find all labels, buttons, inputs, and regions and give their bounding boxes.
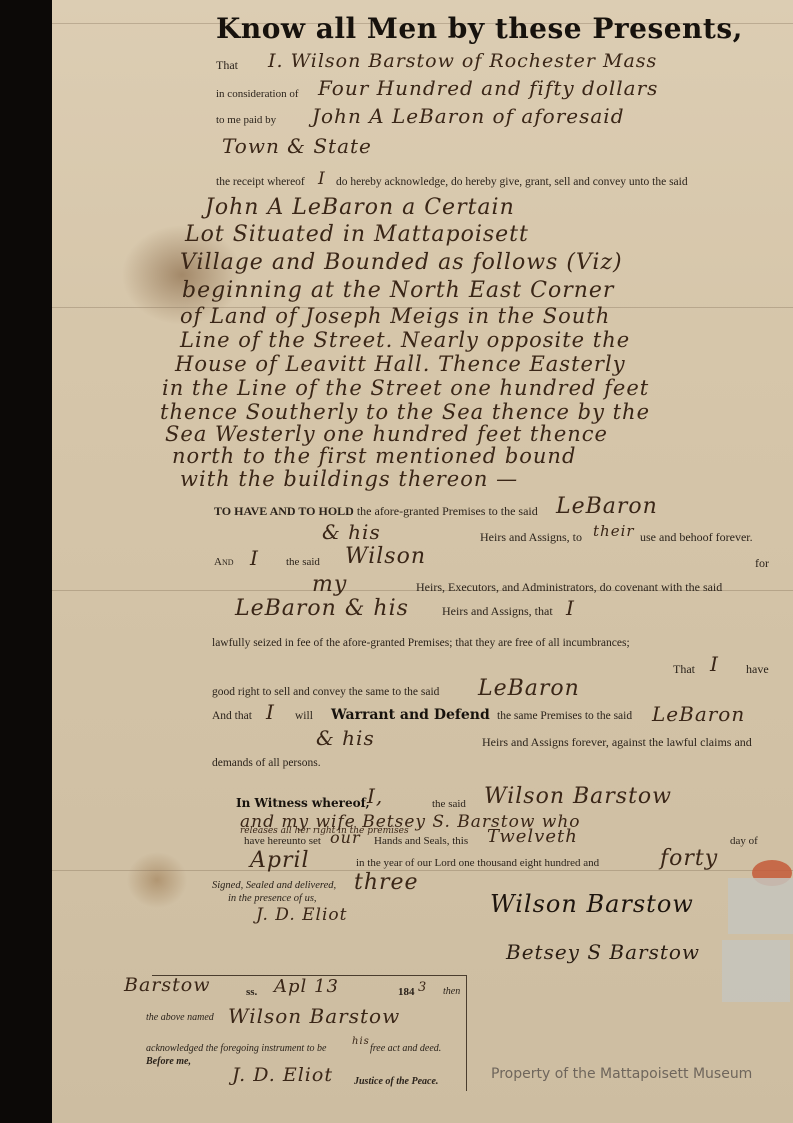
warrant-defend-heading: Warrant and Defend — [331, 707, 490, 723]
that-label: That — [216, 58, 238, 73]
witness-said-label: the said — [432, 798, 466, 810]
before-label: Before me, — [146, 1056, 191, 1067]
ack-year-print: 184 — [398, 986, 415, 998]
forever-text: Heirs and Assigns forever, against the l… — [482, 735, 752, 750]
justice-label: Justice of the Peace. — [354, 1076, 438, 1087]
receipt-post: do hereby acknowledge, do hereby give, g… — [336, 176, 688, 188]
description-line: John A LeBaron a Certain — [205, 195, 515, 220]
hands-label: Hands and Seals, this — [374, 835, 468, 847]
ack-text-pre: acknowledged the foregoing instrument to… — [146, 1043, 326, 1054]
description-line: Sea Westerly one hundred feet thence — [165, 422, 608, 446]
year-hand-cont: three — [354, 870, 419, 895]
habendum-label: TO HAVE AND TO HOLD the afore-granted Pr… — [214, 504, 538, 519]
heirs-assigns-text: Heirs and Assigns, that — [442, 604, 553, 619]
wife-signature: Betsey S Barstow — [506, 940, 700, 964]
hereunto-label: have hereunto set — [244, 835, 321, 847]
and-label: And — [214, 556, 234, 568]
ack-year-hand: 3 — [418, 980, 427, 995]
description-line: Village and Bounded as follows (Viz) — [180, 250, 623, 275]
name-hand: Wilson — [345, 544, 426, 569]
our-hand: our — [330, 828, 361, 847]
description-line: north to the first mentioned bound — [172, 444, 576, 468]
his-hand: & his — [316, 726, 375, 750]
seized-text: lawfully seized in fee of the afore-gran… — [212, 637, 630, 649]
tape-patch — [728, 878, 793, 934]
for-label: for — [755, 556, 769, 571]
have-label: have — [746, 662, 769, 677]
tape-patch — [722, 940, 790, 1002]
grantor-hand: I. Wilson Barstow of Rochester Mass — [268, 50, 657, 72]
description-line: with the buildings thereon — — [180, 467, 518, 491]
grantee-hand: LeBaron — [556, 494, 658, 519]
paid-hand-cont: Town & State — [222, 134, 372, 158]
demands-text: demands of all persons. — [212, 757, 321, 769]
said-label: the said — [286, 556, 320, 568]
habendum-bold: TO HAVE AND TO HOLD — [214, 504, 354, 518]
museum-watermark: Property of the Mattapoisett Museum — [491, 1066, 752, 1082]
signed-label: Signed, Sealed and delivered, — [212, 880, 336, 891]
my-hand: my — [312, 572, 347, 597]
month-hand: April — [250, 848, 310, 873]
ack-place-hand: Barstow — [124, 974, 210, 996]
description-line: beginning at the North East Corner — [182, 278, 614, 303]
that-i-hand: I — [566, 596, 575, 620]
description-line: in the Line of the Street one hundred fe… — [162, 376, 649, 400]
that-label-2: That — [673, 662, 695, 677]
presence-label: in the presence of us, — [228, 893, 317, 904]
consideration-label: in consideration of — [216, 88, 298, 100]
paid-label: to me paid by — [216, 114, 276, 126]
warrant-hand: LeBaron — [652, 702, 745, 726]
ss-label: ss. — [246, 986, 257, 998]
will-label: will — [295, 710, 313, 722]
description-line: of Land of Joseph Meigs in the South — [180, 304, 610, 328]
receipt-hand: I — [318, 169, 326, 189]
witness-label: In Witness whereof, — [236, 796, 370, 810]
will-i-hand: I — [266, 700, 275, 724]
year-text: in the year of our Lord one thousand eig… — [356, 857, 599, 869]
ack-text-post: free act and deed. — [370, 1043, 441, 1054]
description-line: Line of the Street. Nearly opposite the — [180, 328, 630, 352]
then-label: then — [443, 986, 460, 997]
deed-title: Know all Men by these Presents, — [216, 12, 743, 45]
description-line: Lot Situated in Mattapoisett — [185, 222, 529, 247]
and-that-label: And that — [212, 710, 252, 722]
covenant-heirs-text: Heirs, Executors, and Administrators, do… — [416, 580, 722, 595]
right-text: good right to sell and convey the same t… — [212, 686, 439, 698]
named-hand: Wilson Barstow — [228, 1004, 400, 1028]
right-hand: LeBaron — [478, 676, 580, 701]
witness-i-hand: I, — [367, 784, 383, 808]
habendum-rest: the afore-granted Premises to the said — [357, 504, 538, 518]
description-line: thence Southerly to the Sea thence by th… — [160, 400, 650, 424]
grantor-signature: Wilson Barstow — [490, 890, 694, 918]
year-hand: forty — [660, 846, 718, 871]
consideration-hand: Four Hundred and fifty dollars — [318, 76, 658, 100]
day-hand: Twelveth — [487, 826, 578, 847]
day-of-label: day of — [730, 835, 758, 847]
named-label: the above named — [146, 1012, 214, 1023]
use-text: use and behoof forever. — [640, 530, 753, 545]
justice-signature: J. D. Eliot — [232, 1064, 333, 1086]
ack-date-hand: Apl 13 — [274, 976, 339, 997]
description-line: House of Leavitt Hall. Thence Easterly — [175, 352, 626, 376]
use-hand: their — [593, 522, 635, 540]
paid-hand: John A LeBaron of aforesaid — [312, 104, 625, 128]
i-hand: I — [250, 546, 259, 570]
heirs-hand: & his — [322, 520, 381, 544]
ack-hand: his — [352, 1036, 370, 1047]
witness-signature: J. D. Eliot — [256, 905, 347, 925]
that-i-hand-2: I — [710, 652, 719, 676]
warrant-rest: the same Premises to the said — [497, 710, 632, 722]
receipt-pre: the receipt whereof — [216, 176, 305, 188]
witness-name-hand: Wilson Barstow — [484, 784, 672, 809]
covenant-grantee-hand: LeBaron & his — [235, 596, 409, 621]
heirs-text: Heirs and Assigns, to — [480, 530, 582, 545]
